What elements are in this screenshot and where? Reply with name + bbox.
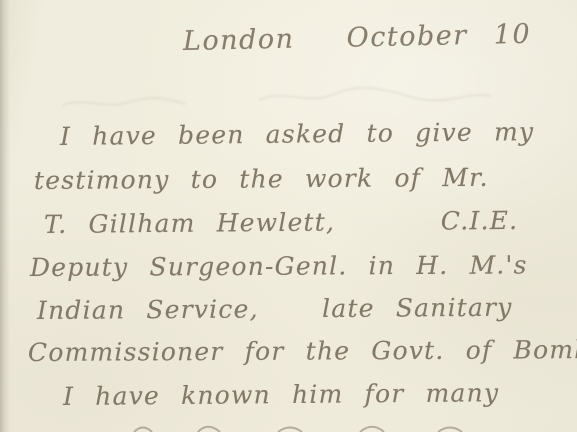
ink-bleedthrough-mark xyxy=(60,94,190,114)
letter-line-6: Commissioner for the Govt. of Bombay xyxy=(28,335,577,367)
cutoff-line-top-strokes xyxy=(128,424,488,432)
letter-line-5: Indian Service, late Sanitary xyxy=(37,293,513,325)
letter-line-4: Deputy Surgeon-Genl. in H. M.'s xyxy=(30,250,528,282)
letter-line-3: T. Gillham Hewlett, C.I.E. xyxy=(44,206,519,239)
letter-page: London October 10 1888 I have been asked… xyxy=(0,0,577,432)
letter-line-2: testimony to the work of Mr. xyxy=(34,163,489,195)
letter-line-1: I have been asked to give my xyxy=(60,117,535,151)
ink-bleedthrough-mark xyxy=(255,84,495,110)
page-edge-shadow xyxy=(0,0,10,432)
letter-line-7: I have known him for many xyxy=(63,378,499,411)
letter-dateline: London October 10 1888 xyxy=(183,16,577,57)
